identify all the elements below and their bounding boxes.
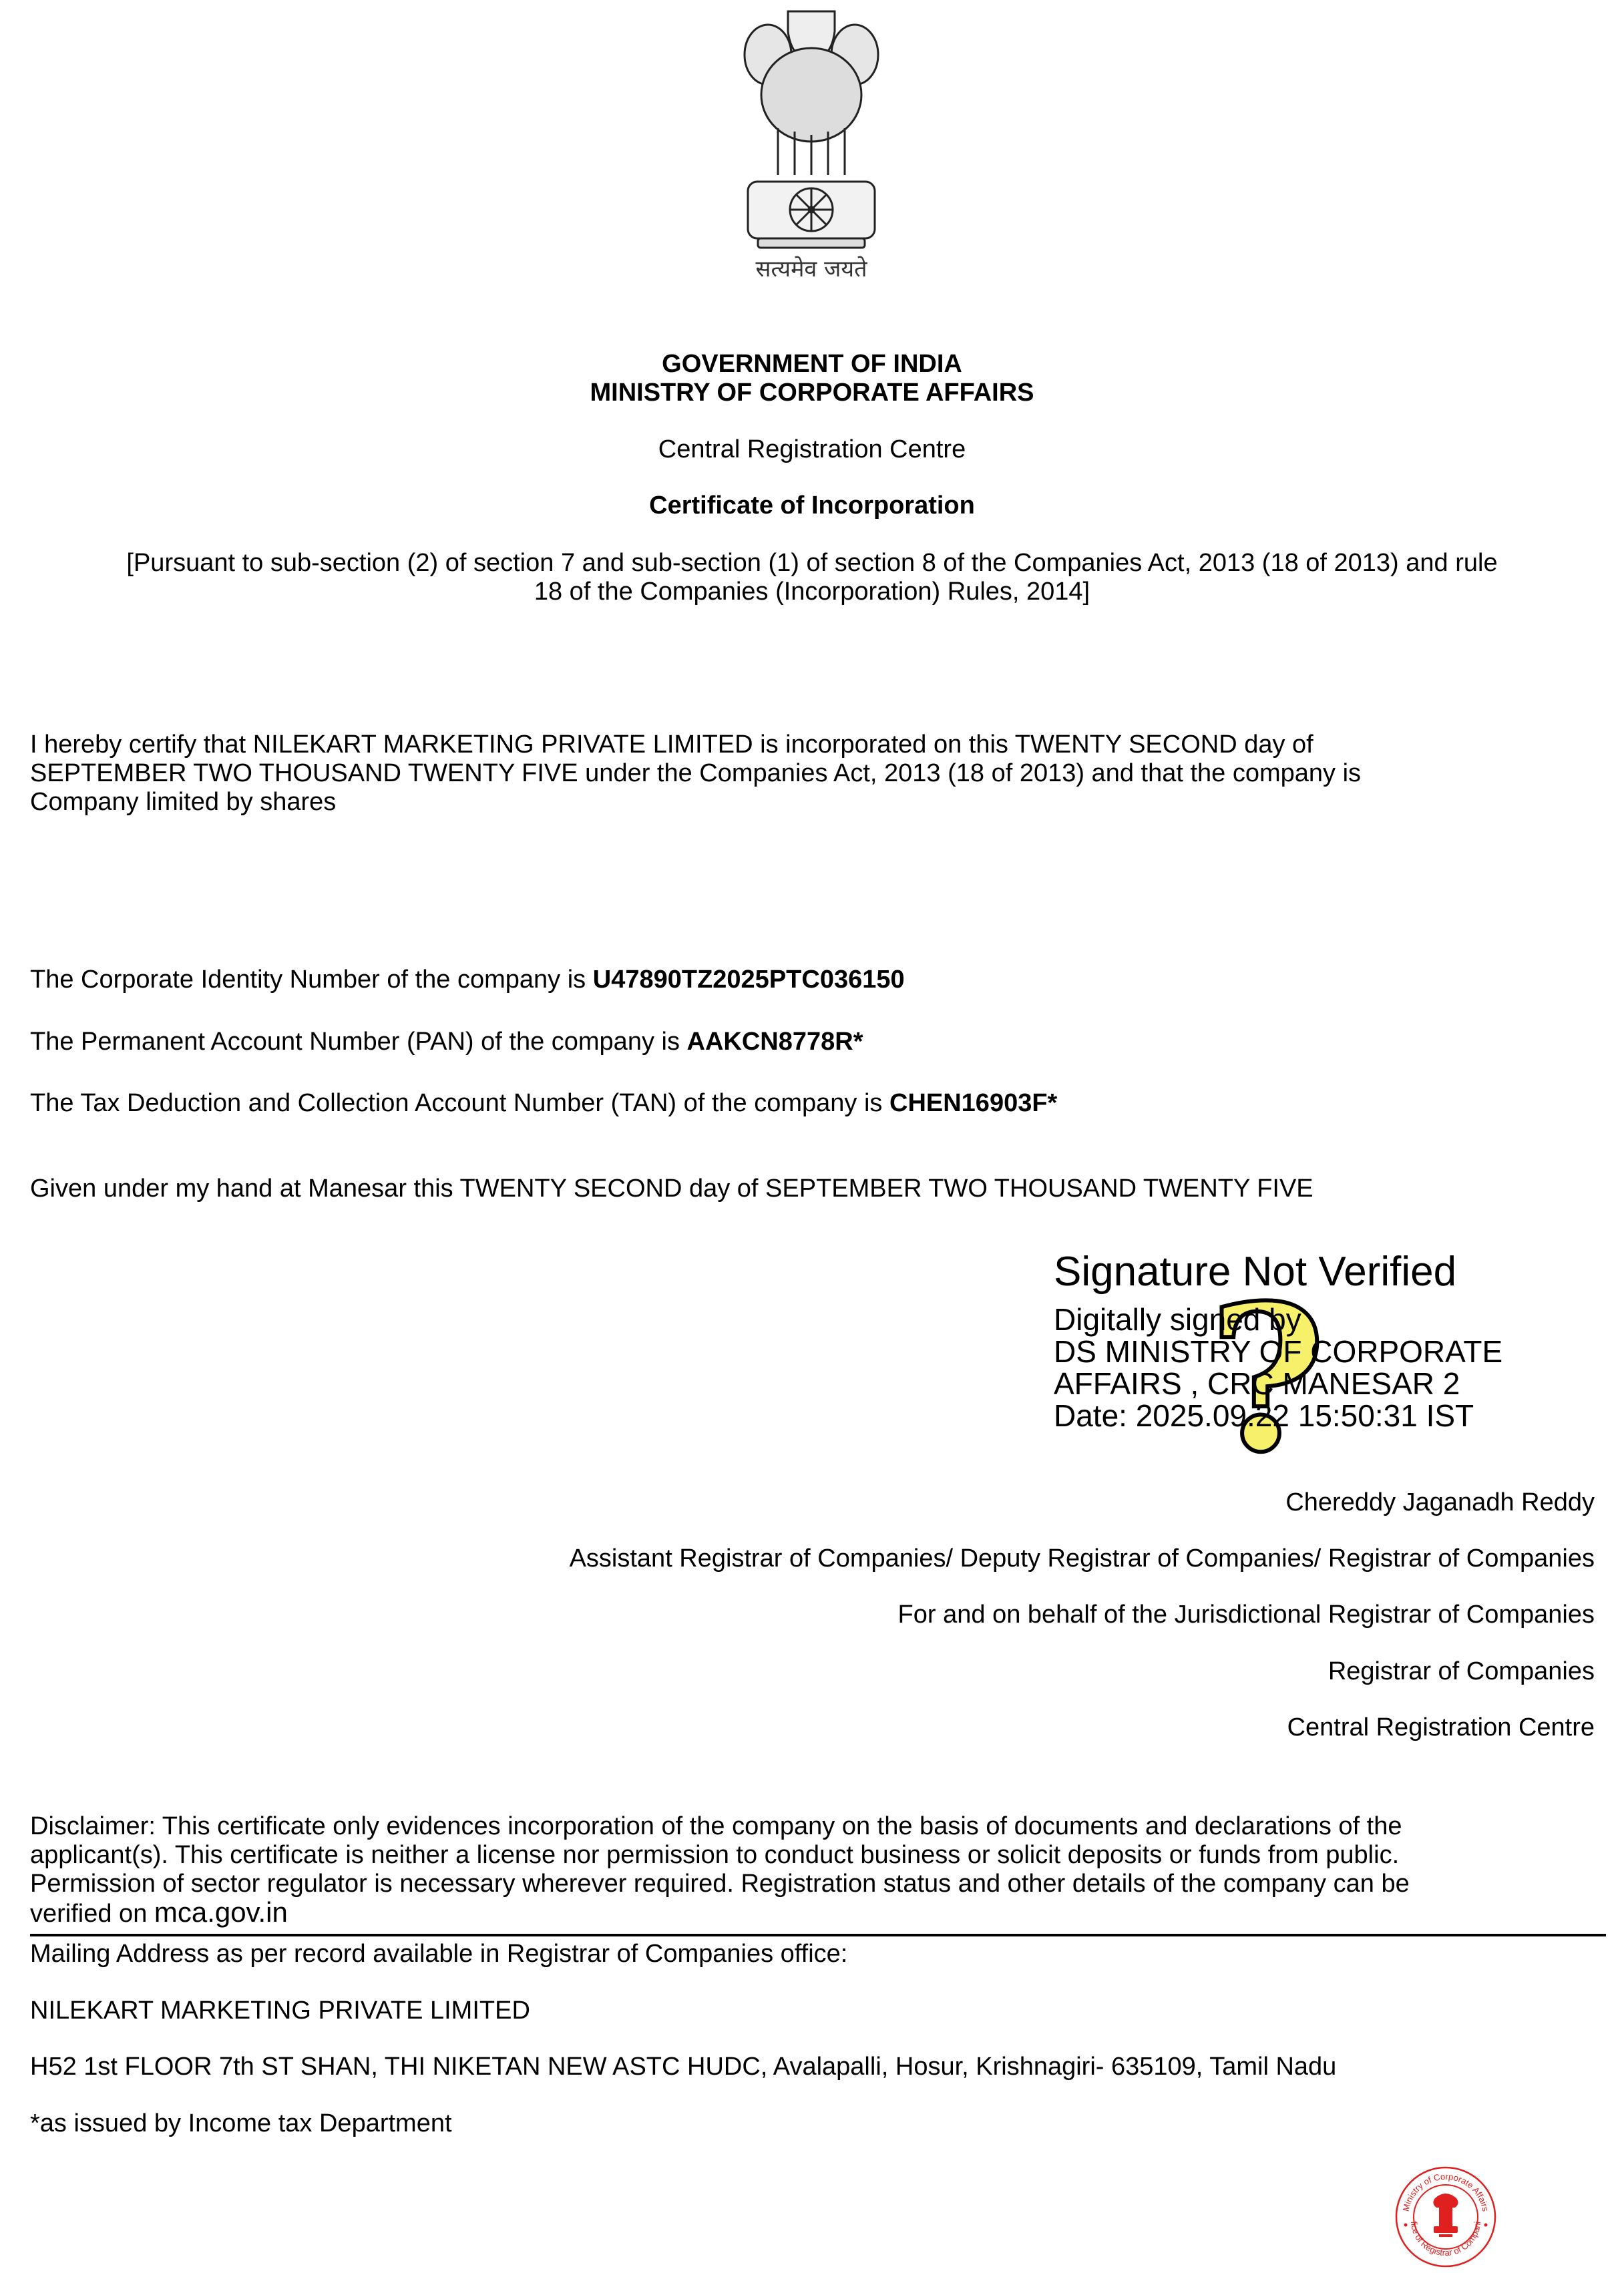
registrar-centre: Central Registration Centre	[1287, 1713, 1595, 1742]
tan-statement: The Tax Deduction and Collection Account…	[30, 1088, 1606, 1118]
svg-text:सत्यमेव जयते: सत्यमेव जयते	[756, 256, 868, 282]
digital-signature-block[interactable]: Signature Not Verified Digitally signed …	[1054, 1249, 1588, 1432]
header-government: GOVERNMENT OF INDIA	[0, 349, 1624, 379]
ashoka-lion-capital-icon: सत्यमेव जयते	[721, 1, 901, 282]
pursuant-clause-line2: 18 of the Companies (Incorporation) Rule…	[0, 577, 1624, 606]
tan-value: CHEN16903F*	[889, 1089, 1057, 1117]
cin-value: U47890TZ2025PTC036150	[593, 966, 905, 994]
roc-seal: Ministry of Corporate Affairs Office of …	[1392, 2163, 1499, 2270]
certify-line2: SEPTEMBER TWO THOUSAND TWENTY FIVE under…	[30, 759, 1606, 788]
pan-tan-footnote: *as issued by Income tax Department	[30, 2109, 1606, 2138]
cin-statement: The Corporate Identity Number of the com…	[30, 965, 1606, 994]
disclaimer-line4: verified on mca.gov.in	[30, 1898, 1606, 1928]
certificate-title: Certificate of Incorporation	[0, 491, 1624, 520]
disclaimer-line3: Permission of sector regulator is necess…	[30, 1869, 1606, 1898]
pan-label: The Permanent Account Number (PAN) of th…	[30, 1028, 687, 1056]
mailing-heading: Mailing Address as per record available …	[30, 1939, 1606, 1969]
header-centre: Central Registration Centre	[0, 435, 1624, 464]
cin-label: The Corporate Identity Number of the com…	[30, 966, 593, 994]
national-emblem: सत्यमेव जयते	[721, 1, 901, 282]
mca-link[interactable]: mca.gov.in	[154, 1896, 288, 1928]
certify-line1: I hereby certify that NILEKART MARKETING…	[30, 730, 1606, 759]
section-divider	[30, 1934, 1606, 1936]
mailing-company-name: NILEKART MARKETING PRIVATE LIMITED	[30, 1996, 1606, 2025]
pan-statement: The Permanent Account Number (PAN) of th…	[30, 1027, 1606, 1056]
header-ministry: MINISTRY OF CORPORATE AFFAIRS	[0, 378, 1624, 407]
registrar-behalf: For and on behalf of the Jurisdictional …	[898, 1600, 1595, 1629]
tan-label: The Tax Deduction and Collection Account…	[30, 1089, 889, 1117]
pan-value: AAKCN8778R*	[687, 1028, 863, 1056]
certify-line3: Company limited by shares	[30, 787, 1606, 817]
signer-line1: DS MINISTRY OF CORPORATE	[1054, 1335, 1588, 1368]
mailing-address: H52 1st FLOOR 7th ST SHAN, THI NIKETAN N…	[30, 2052, 1606, 2081]
roc-seal-icon: Ministry of Corporate Affairs Office of …	[1392, 2163, 1499, 2270]
registrar-designation: Assistant Registrar of Companies/ Deputy…	[570, 1544, 1595, 1573]
signature-date: Date: 2025.09.22 15:50:31 IST	[1054, 1400, 1588, 1432]
disclaimer-line2: applicant(s). This certificate is neithe…	[30, 1840, 1606, 1870]
registrar-name: Chereddy Jaganadh Reddy	[1285, 1488, 1595, 1517]
pursuant-clause-line1: [Pursuant to sub-section (2) of section …	[0, 548, 1624, 578]
signer-line2: AFFAIRS , CRC MANESAR 2	[1054, 1368, 1588, 1400]
given-under-hand: Given under my hand at Manesar this TWEN…	[30, 1174, 1606, 1203]
signed-by-label: Digitally signed by	[1054, 1303, 1588, 1335]
signature-status: Signature Not Verified	[1054, 1249, 1588, 1295]
disclaimer-line1: Disclaimer: This certificate only eviden…	[30, 1812, 1606, 1841]
disclaimer-verify-prefix: verified on	[30, 1900, 154, 1928]
registrar-office: Registrar of Companies	[1328, 1657, 1595, 1686]
